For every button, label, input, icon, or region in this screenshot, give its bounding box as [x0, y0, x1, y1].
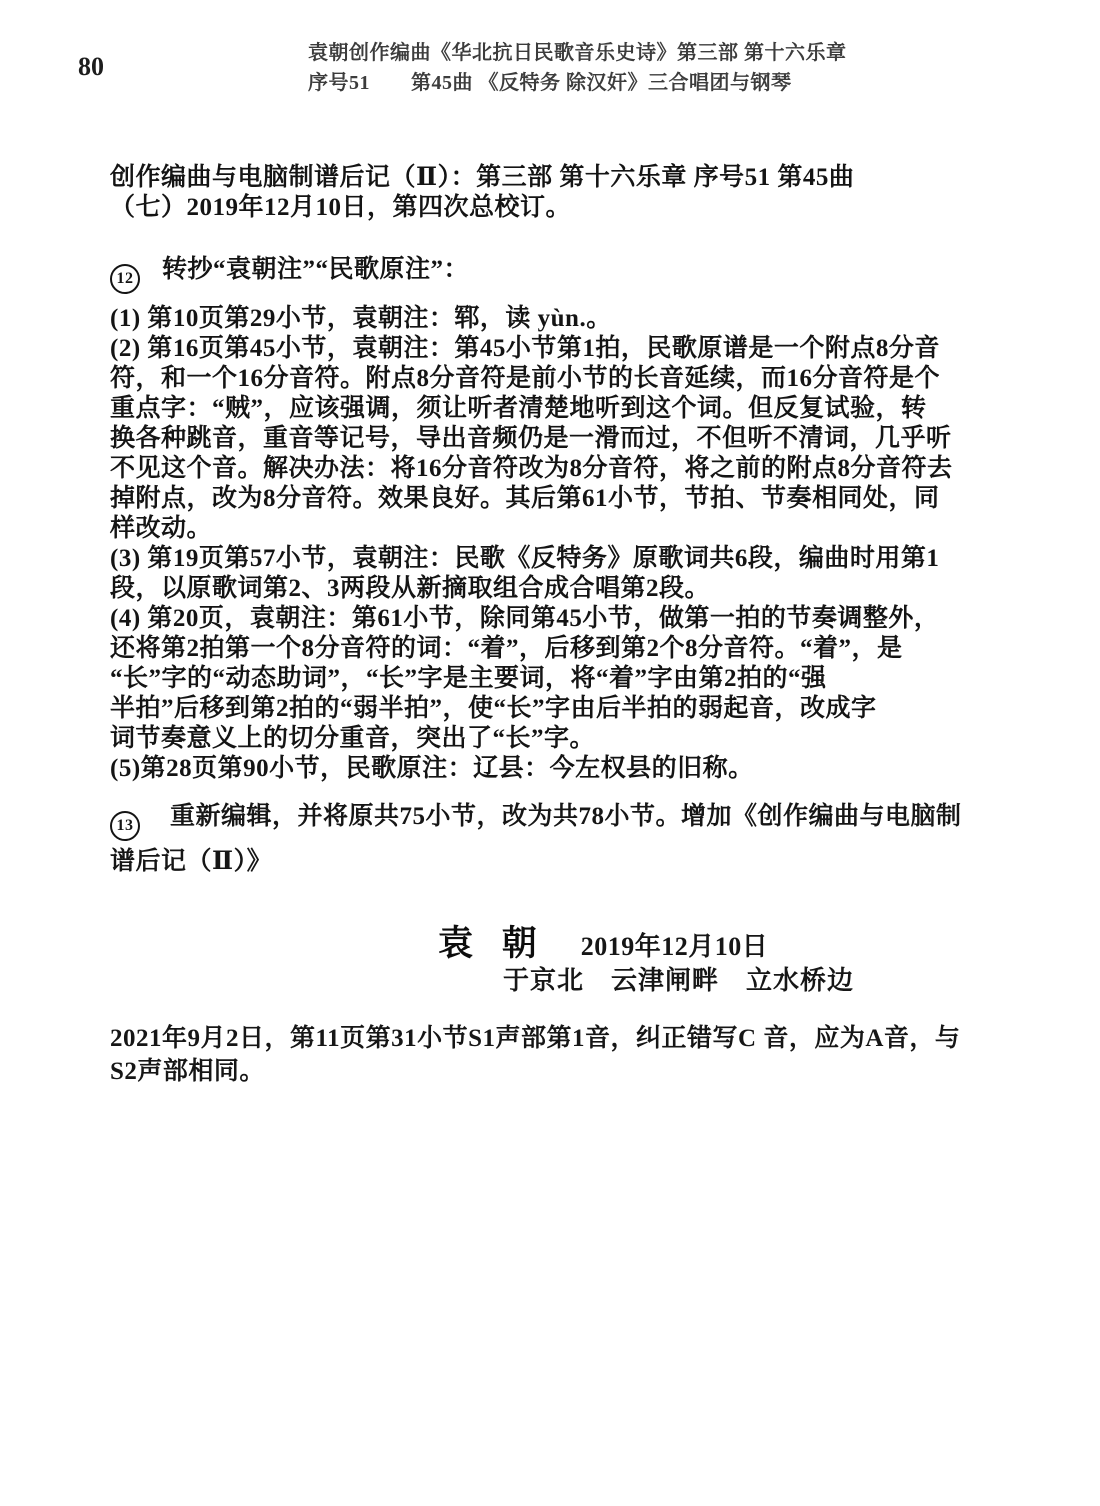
- body-line: “长”字的“动态助词”，“长”字是主要词，将“着”字由第2拍的“强: [110, 664, 1010, 694]
- section-13-line-2: 谱后记（Ⅱ）》: [110, 841, 1010, 883]
- body-line: (5)第28页第90小节，民歌原注：辽县：今左权县的旧称。: [110, 754, 1010, 784]
- header-line-2: 序号51 第45曲 《反特务 除汉奸》三合唱团与钢琴: [308, 68, 1028, 98]
- section-13-line-1: 13重新编辑，并将原共75小节，改为共78小节。增加《创作编曲与电脑制: [110, 796, 1010, 841]
- signature-date: 2019年12月10日: [581, 926, 769, 963]
- section-13-paragraph: 13重新编辑，并将原共75小节，改为共78小节。增加《创作编曲与电脑制 谱后记（…: [110, 796, 1010, 883]
- body-line: 掉附点，改为8分音符。效果良好。其后第61小节，节拍、节奏相同处，同: [110, 484, 1010, 514]
- body-line: 词节奏意义上的切分重音，突出了“长”字。: [110, 724, 1010, 754]
- document-page: 80 袁朝创作编曲《华北抗日民歌音乐史诗》第三部 第十六乐章 序号51 第45曲…: [0, 0, 1100, 1506]
- intro-line-2: （七）2019年12月10日，第四次总校订。: [110, 193, 1010, 223]
- body-line: 不见这个音。解决办法：将16分音符改为8分音符，将之前的附点8分音符去: [110, 454, 1010, 484]
- section-12-title: 转抄“袁朝注”“民歌原注”：: [162, 256, 469, 283]
- author-name: 袁 朝: [438, 916, 547, 966]
- body-line: 还将第2拍第一个8分音符的词：“着”，后移到第2个8分音符。“着”，是: [110, 634, 1010, 664]
- intro-line-1: 创作编曲与电脑制谱后记（Ⅱ）：第三部 第十六乐章 序号51 第45曲: [110, 163, 1010, 193]
- body-line: 半拍”后移到第2拍的“弱半拍”，使“长”字由后半拍的弱起音，改成字: [110, 694, 1010, 724]
- postscript-line-2: S2声部相同。: [110, 1055, 1010, 1088]
- postscript-line-1: 2021年9月2日，第11页第31小节S1声部第1音，纠正错写C 音，应为A音，…: [110, 1022, 1010, 1055]
- body-line: 段，以原歌词第2、3两段从新摘取组合成合唱第2段。: [110, 574, 1010, 604]
- body-line: 重点字：“贼”，应该强调，须让听者清楚地听到这个词。但反复试验，转: [110, 394, 1010, 424]
- intro-paragraph: 创作编曲与电脑制谱后记（Ⅱ）：第三部 第十六乐章 序号51 第45曲 （七）20…: [110, 163, 1010, 223]
- circled-number-12: 12: [110, 264, 140, 294]
- body-line: (3) 第19页第57小节，袁朝注：民歌《反特务》原歌词共6段，编曲时用第1: [110, 544, 1010, 574]
- body-line: 符，和一个16分音符。附点8分音符是前小节的长音延续，而16分音符是个: [110, 364, 1010, 394]
- section-12-heading: 12转抄“袁朝注”“民歌原注”：: [110, 255, 1010, 294]
- running-header: 袁朝创作编曲《华北抗日民歌音乐史诗》第三部 第十六乐章 序号51 第45曲 《反…: [308, 38, 1028, 98]
- body-line: (4) 第20页，袁朝注：第61小节，除同第45小节，做第一拍的节奏调整外，: [110, 604, 1010, 634]
- signature-block: 袁 朝 2019年12月10日: [438, 916, 768, 966]
- body-line: (2) 第16页第45小节，袁朝注：第45小节第1拍，民歌原谱是一个附点8分音: [110, 334, 1010, 364]
- body-line: 换各种跳音，重音等记号，导出音频仍是一滑而过，不但听不清词，几乎听: [110, 424, 1010, 454]
- circled-number-13: 13: [110, 811, 140, 841]
- page-number: 80: [78, 52, 104, 82]
- body-line: (1) 第10页第29小节，袁朝注：郓，读 yùn.。: [110, 304, 1010, 334]
- section-12-body: (1) 第10页第29小节，袁朝注：郓，读 yùn.。 (2) 第16页第45小…: [110, 304, 1010, 784]
- body-content: 创作编曲与电脑制谱后记（Ⅱ）：第三部 第十六乐章 序号51 第45曲 （七）20…: [110, 163, 1010, 784]
- body-line: 样改动。: [110, 514, 1010, 544]
- section-13-text: 重新编辑，并将原共75小节，改为共78小节。增加《创作编曲与电脑制: [170, 803, 962, 830]
- header-line-1: 袁朝创作编曲《华北抗日民歌音乐史诗》第三部 第十六乐章: [308, 38, 1028, 68]
- signature-place: 于京北 云津闸畔 立水桥边: [503, 960, 854, 997]
- postscript-paragraph: 2021年9月2日，第11页第31小节S1声部第1音，纠正错写C 音，应为A音，…: [110, 1022, 1010, 1088]
